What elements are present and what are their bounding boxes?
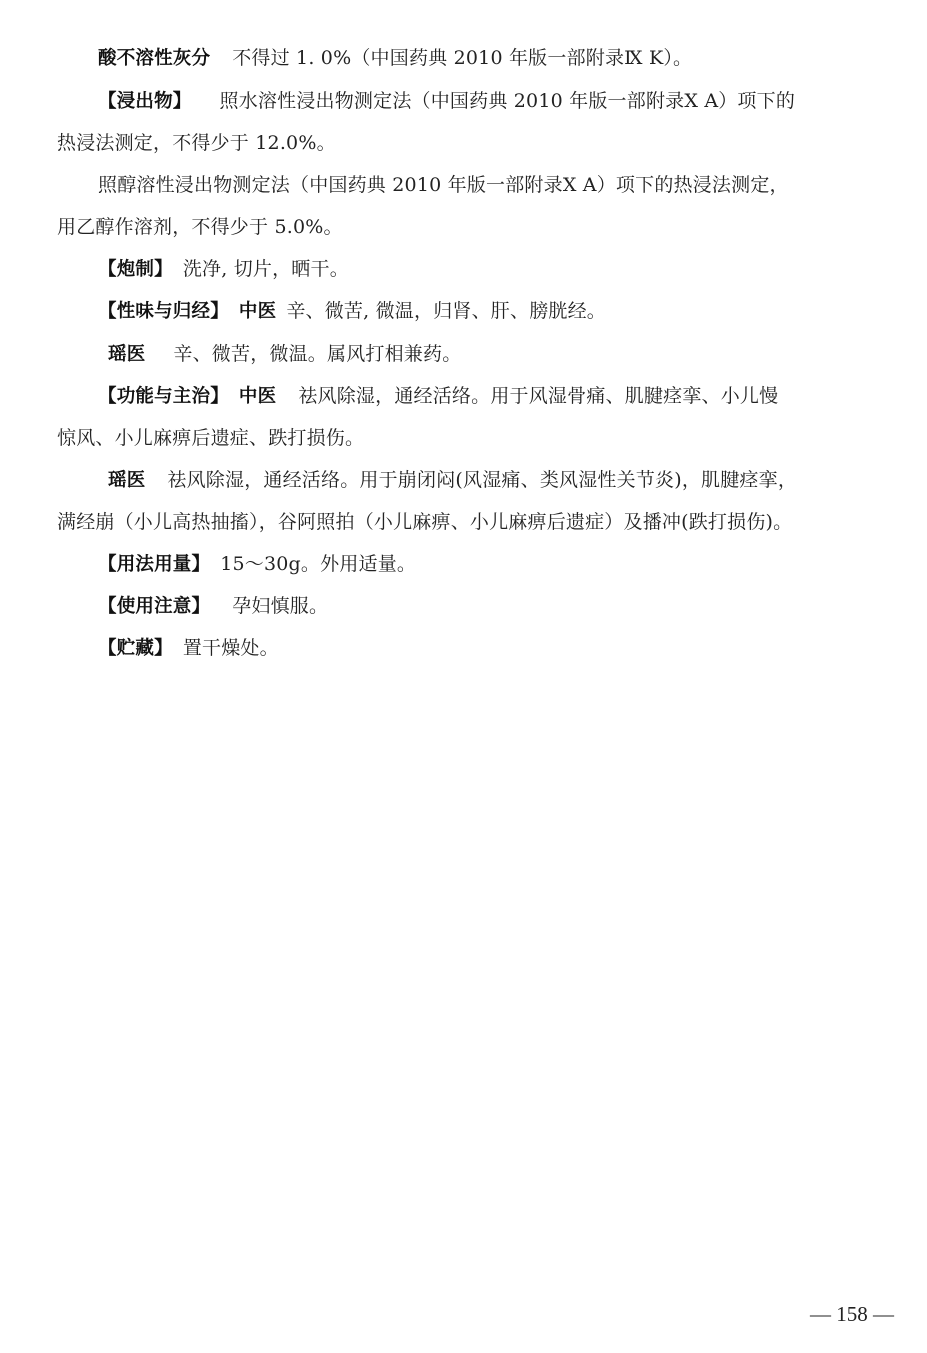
section-label: 【性味与归经】 [98,301,229,322]
yao-label: 瑶医 [108,344,145,365]
paragraph-text: 辛、微苦，微温。属风打相兼药。 [173,343,461,365]
section-label: 【贮藏】 [98,638,173,659]
section-label: 【浸出物】 [98,91,192,112]
processing-paragraph: 【炮制】洗净, 切片，晒干。 [98,257,918,282]
extract-paragraph-line1: 【浸出物】照水溶性浸出物测定法（中国药典 2010 年版一部附录Ⅹ A）项下的 [98,89,918,114]
nature-meridian-paragraph: 【性味与归经】中医辛、微苦, 微温，归肾、肝、膀胱经。 [98,299,918,324]
nature-yao-paragraph: 瑶医辛、微苦，微温。属风打相兼药。 [108,342,927,367]
paragraph-text: 辛、微苦, 微温，归肾、肝、膀胱经。 [286,300,606,322]
document-page: 酸不溶性灰分不得过 1. 0%（中国药典 2010 年版一部附录Ⅸ K）。 【浸… [0,0,927,1353]
paragraph-text: 15～30g。外用适量。 [220,553,416,575]
paragraph-text: 置干燥处。 [183,637,279,659]
yao-label: 瑶医 [108,470,145,491]
caution-paragraph: 【使用注意】孕妇慎服。 [98,594,918,619]
section-label: 酸不溶性灰分 [98,48,210,69]
paragraph-text: 祛风除湿，通经活络。用于风湿骨痛、肌腱痉挛、小儿慢 [298,385,778,407]
section-label: 【功能与主治】 [98,386,229,407]
section-label: 【使用注意】 [98,596,210,617]
paragraph-text: 洗净, 切片，晒干。 [183,258,349,280]
page-number: — 158 — [810,1300,894,1328]
extract-paragraph-line2: 热浸法测定，不得少于 12.0%。 [57,131,877,155]
tcm-label: 中医 [239,386,276,407]
section-label: 【用法用量】 [98,554,210,575]
dosage-paragraph: 【用法用量】15～30g。外用适量。 [98,552,918,577]
paragraph-text: 照水溶性浸出物测定法（中国药典 2010 年版一部附录Ⅹ A）项下的 [220,90,796,112]
function-tcm-line2: 惊风、小儿麻痹后遗症、跌打损伤。 [57,426,877,450]
paragraph-text: 祛风除湿，通经活络。用于崩闭闷(风湿痛、类风湿性关节炎)，肌腱痉挛， [167,469,797,491]
function-tcm-line1: 【功能与主治】中医祛风除湿，通经活络。用于风湿骨痛、肌腱痉挛、小儿慢 [98,384,918,409]
paragraph-text: 热浸法测定，不得少于 12.0%。 [57,132,336,154]
paragraph-text: 照醇溶性浸出物测定法（中国药典 2010 年版一部附录Ⅹ A）项下的热浸法测定， [98,174,789,196]
acid-insoluble-ash-paragraph: 酸不溶性灰分不得过 1. 0%（中国药典 2010 年版一部附录Ⅸ K）。 [98,46,918,71]
tcm-label: 中医 [239,301,276,322]
paragraph-text: 用乙醇作溶剂，不得少于 5.0%。 [57,216,343,238]
section-label: 【炮制】 [98,259,173,280]
paragraph-text: 惊风、小儿麻痹后遗症、跌打损伤。 [57,427,364,449]
storage-paragraph: 【贮藏】置干燥处。 [98,636,918,661]
function-yao-line2: 满经崩（小儿高热抽搐），谷阿照拍（小儿麻痹、小儿麻痹后遗症）及播冲(跌打损伤)。 [57,510,877,534]
paragraph-text: 满经崩（小儿高热抽搐），谷阿照拍（小儿麻痹、小儿麻痹后遗症）及播冲(跌打损伤)。 [57,511,792,533]
alcohol-extract-line2: 用乙醇作溶剂，不得少于 5.0%。 [57,215,877,239]
alcohol-extract-line1: 照醇溶性浸出物测定法（中国药典 2010 年版一部附录Ⅹ A）项下的热浸法测定， [98,173,918,197]
function-yao-line1: 瑶医祛风除湿，通经活络。用于崩闭闷(风湿痛、类风湿性关节炎)，肌腱痉挛， [108,468,927,493]
paragraph-text: 不得过 1. 0%（中国药典 2010 年版一部附录Ⅸ K）。 [232,47,692,69]
paragraph-text: 孕妇慎服。 [232,595,328,617]
